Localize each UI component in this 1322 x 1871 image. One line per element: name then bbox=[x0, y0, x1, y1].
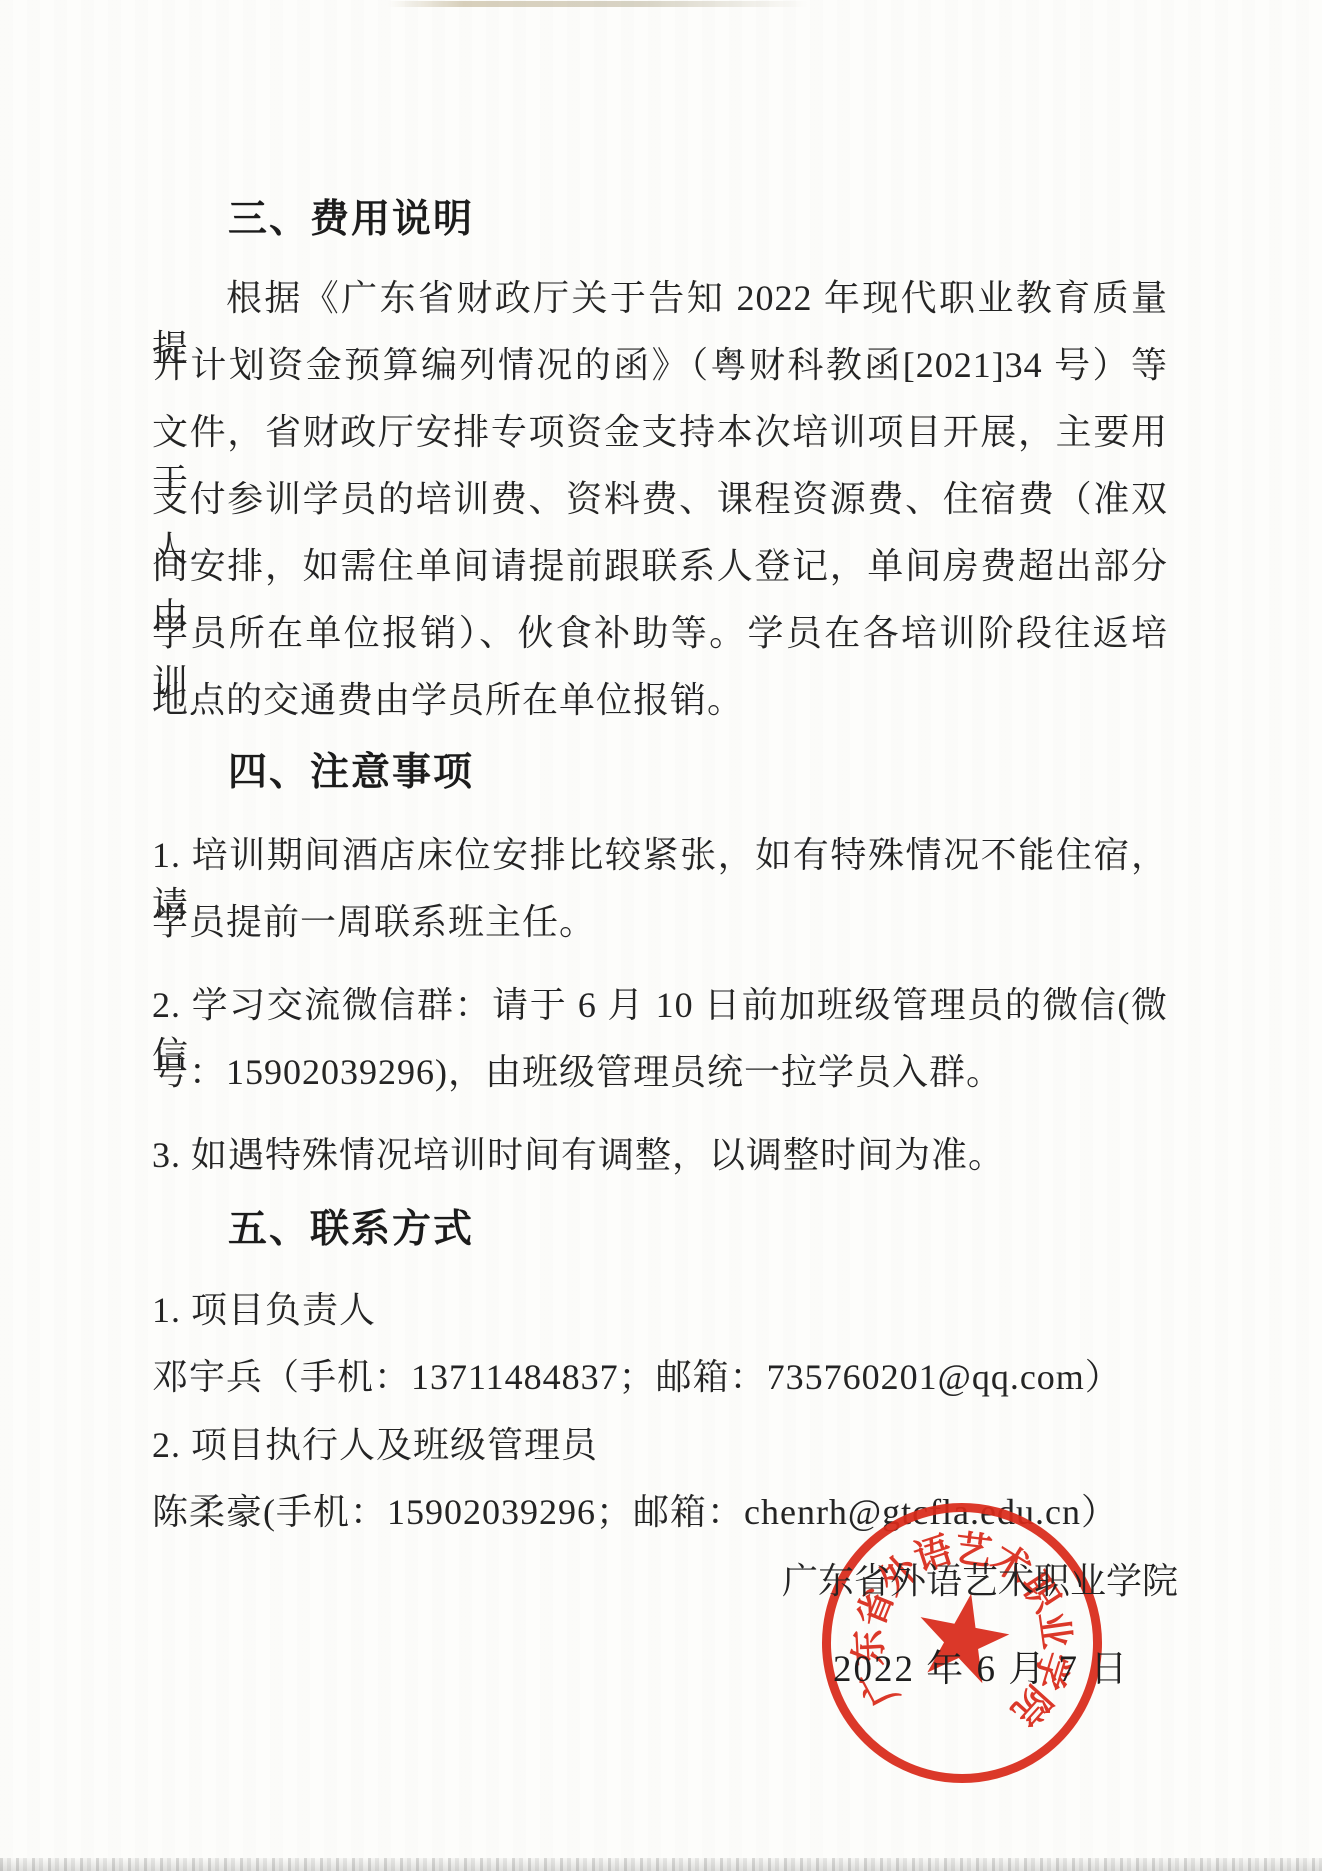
fee-paragraph-line: 支付参训学员的培训费、资料费、课程资源费、住宿费（准双人 bbox=[152, 474, 1168, 526]
section-heading-fees: 三、费用说明 bbox=[228, 195, 1168, 247]
signature-date: 2022 年 6 月 7 日 bbox=[833, 1638, 1129, 1692]
fee-paragraph-line: 地点的交通费由学员所在单位报销。 bbox=[152, 675, 1168, 727]
note-item-line: 学员提前一周联系班主任。 bbox=[152, 897, 1168, 949]
scan-edge-artifact-bottom bbox=[0, 1858, 1322, 1871]
fee-paragraph-line: 升计划资金预算编列情况的函》（粤财科教函[2021]34 号）等 bbox=[152, 340, 1168, 392]
signature-organization: 广东省外语艺术职业学院 bbox=[782, 1553, 1178, 1604]
contact-detail-line: 邓宇兵（手机：13711484837；邮箱：735760201@qq.com） bbox=[152, 1352, 1168, 1404]
note-item-line: 号：15902039296)，由班级管理员统一拉学员入群。 bbox=[152, 1047, 1168, 1099]
note-item-line: 3. 如遇特殊情况培训时间有调整，以调整时间为准。 bbox=[152, 1130, 1168, 1182]
note-item-line: 1. 培训期间酒店床位安排比较紧张，如有特殊情况不能住宿，请 bbox=[152, 830, 1168, 882]
contact-role-line: 2. 项目执行人及班级管理员 bbox=[152, 1420, 1168, 1472]
fee-paragraph-line: 文件，省财政厅安排专项资金支持本次培训项目开展，主要用于 bbox=[152, 407, 1168, 459]
note-item-line: 2. 学习交流微信群：请于 6 月 10 日前加班级管理员的微信(微信 bbox=[152, 980, 1168, 1032]
fee-paragraph-line: 间安排，如需住单间请提前跟联系人登记，单间房费超出部分由 bbox=[152, 541, 1168, 593]
fee-paragraph-line: 学员所在单位报销）、伙食补助等。学员在各培训阶段往返培训 bbox=[152, 608, 1168, 660]
fee-paragraph-line: 根据《广东省财政厅关于告知 2022 年现代职业教育质量提 bbox=[152, 273, 1168, 325]
document-page: 三、费用说明 根据《广东省财政厅关于告知 2022 年现代职业教育质量提 升计划… bbox=[0, 0, 1322, 1871]
scan-edge-artifact-top bbox=[388, 1, 808, 7]
contact-role-line: 1. 项目负责人 bbox=[152, 1285, 1168, 1337]
section-heading-notes: 四、注意事项 bbox=[228, 748, 1168, 800]
section-heading-contacts: 五、联系方式 bbox=[228, 1205, 1168, 1257]
